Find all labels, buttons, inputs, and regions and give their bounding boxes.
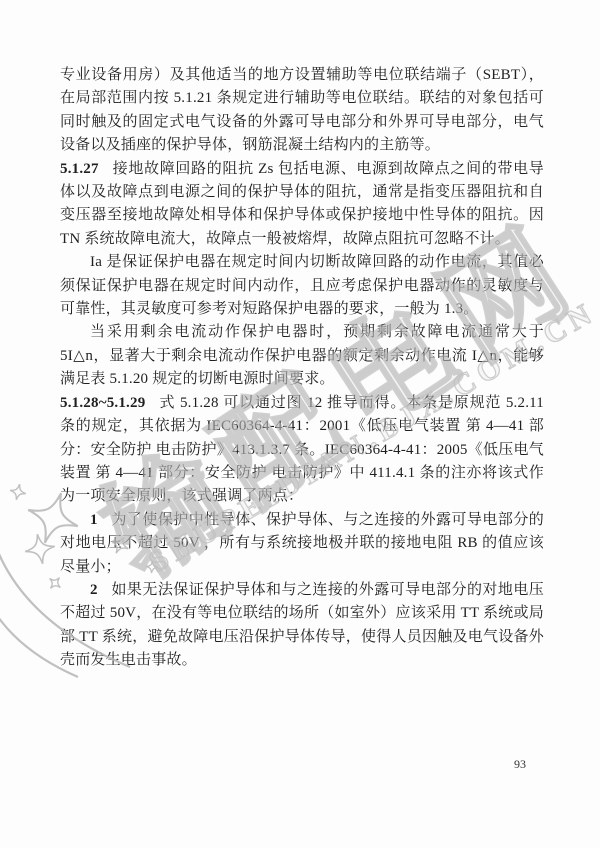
section-number: 5.1.27 (60, 161, 112, 177)
paragraph-text: 专业设备用房）及其他适当的地方设置辅助等电位联结端子（SEBT），在局部范围内按… (60, 67, 544, 153)
paragraph-ia: Ia 是保证保护电器在规定时间内切断故障回路的动作电流，其值必须保证保护电器在规… (60, 251, 544, 321)
paragraph-text: 为了使保护中性导体、保护导体、与之连接的外露可导电部分的对地电压不超过 50V … (60, 512, 544, 575)
paragraph-rcd: 当采用剩余电流动作保护电器时，预期剩余故障电流通常大于 5I△n，显著大于剩余电… (60, 321, 544, 391)
paragraph-text: Ia 是保证保护电器在规定时间内切断故障回路的动作电流，其值必须保证保护电器在规… (60, 254, 544, 317)
paragraph-text: 如果无法保证保护导体和与之连接的外露可导电部分的对地电压不超过 50V，在没有等… (60, 582, 544, 668)
paragraph-text: 当采用剩余电流动作保护电器时，预期剩余故障电流通常大于 5I△n，显著大于剩余电… (60, 324, 544, 387)
item-number: 2 (90, 582, 111, 598)
document-page: 输配电网 SHUPEIDIAN.BJX.COM.CN 专业设备用房）及其他适当的… (0, 0, 600, 848)
paragraph-5-1-27: 5.1.27接地故障回路的阻抗 Zs 包括电源、电源到故障点之间的带电导体以及故… (60, 158, 544, 252)
paragraph-text: 接地故障回路的阻抗 Zs 包括电源、电源到故障点之间的带电导体以及故障点到电源之… (60, 161, 544, 247)
document-content: 专业设备用房）及其他适当的地方设置辅助等电位联结端子（SEBT），在局部范围内按… (60, 64, 544, 673)
paragraph-5-1-28-29: 5.1.28~5.1.29式 5.1.28 可以通过图 12 推导而得。本条是原… (60, 392, 544, 509)
page-number: 93 (514, 757, 526, 772)
section-number: 5.1.28~5.1.29 (60, 395, 159, 411)
item-number: 1 (90, 512, 111, 528)
paragraph-continuation: 专业设备用房）及其他适当的地方设置辅助等电位联结端子（SEBT），在局部范围内按… (60, 64, 544, 158)
paragraph-text: 式 5.1.28 可以通过图 12 推导而得。本条是原规范 5.2.11 条的规… (60, 395, 544, 505)
list-item-1: 1为了使保护中性导体、保护导体、与之连接的外露可导电部分的对地电压不超过 50V… (60, 509, 544, 579)
list-item-2: 2如果无法保证保护导体和与之连接的外露可导电部分的对地电压不超过 50V，在没有… (60, 579, 544, 673)
